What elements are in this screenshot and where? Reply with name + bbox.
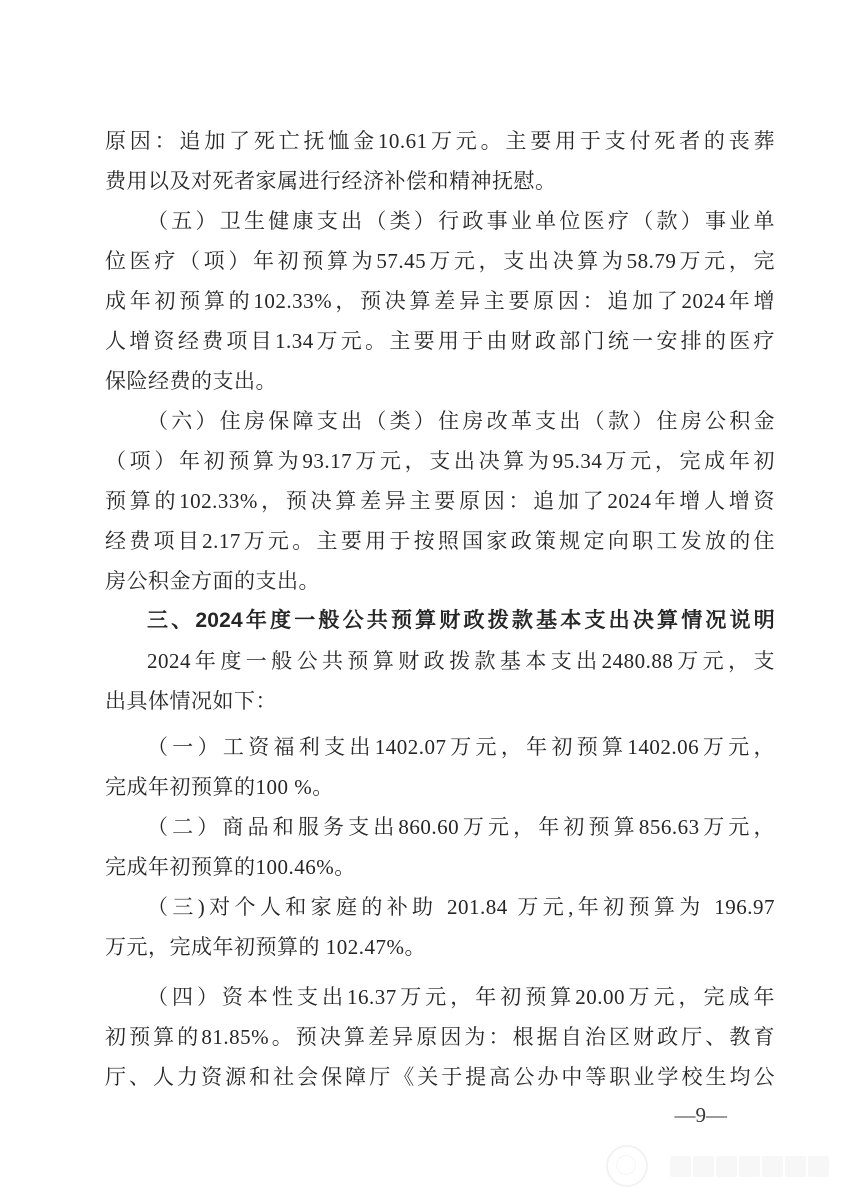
document-page: 原因：追加了死亡抚恤金10.61万元。主要用于支付死者的丧葬费用以及对死者家属进… — [0, 0, 850, 1202]
watermark-glyph-mark — [762, 1156, 783, 1177]
text-line: 人增资经费项目1.34万元。主要用于由财政部门统一安排的医疗 — [105, 321, 775, 361]
watermark-glyph-mark — [716, 1156, 737, 1177]
document-body: 原因：追加了死亡抚恤金10.61万元。主要用于支付死者的丧葬费用以及对死者家属进… — [105, 121, 775, 1097]
text-line: （五）卫生健康支出（类）行政事业单位医疗（款）事业单 — [105, 201, 775, 241]
watermark-seal-icon — [606, 1145, 648, 1187]
text-line: （三)对个人和家庭的补助 201.84 万元,年初预算为 196.97 — [105, 887, 775, 927]
text-line: （二）商品和服务支出860.60万元，年初预算856.63万元， — [105, 807, 775, 847]
text-line: 成年初预算的102.33%，预决算差异主要原因：追加了2024年增 — [105, 281, 775, 321]
text-line: 经费项目2.17万元。主要用于按照国家政策规定向职工发放的住 — [105, 521, 775, 561]
text-line: 厅、人力资源和社会保障厅《关于提高公办中等职业学校生均公 — [105, 1057, 775, 1097]
text-line: 保险经费的支出。 — [105, 361, 775, 401]
text-line: 完成年初预算的100.46%。 — [105, 847, 775, 887]
text-line: 原因：追加了死亡抚恤金10.61万元。主要用于支付死者的丧葬 — [105, 121, 775, 161]
text-line: （项）年初预算为93.17万元，支出决算为95.34万元，完成年初 — [105, 441, 775, 481]
section-heading-line: 三、2024年度一般公共预算财政拨款基本支出决算情况说明 — [105, 601, 775, 641]
text-line: 初预算的81.85%。预决算差异原因为：根据自治区财政厅、教育 — [105, 1017, 775, 1057]
watermark-glyph-mark — [785, 1156, 806, 1177]
text-line: （四）资本性支出16.37万元，年初预算20.00万元，完成年 — [105, 977, 775, 1017]
watermark — [606, 1140, 846, 1192]
text-line: 费用以及对死者家属进行经济补偿和精神抚慰。 — [105, 161, 775, 201]
text-line: （一）工资福利支出1402.07万元，年初预算1402.06万元， — [105, 727, 775, 767]
text-line: 2024年度一般公共预算财政拨款基本支出2480.88万元，支 — [105, 641, 775, 681]
watermark-text-marks — [670, 1156, 829, 1177]
text-line: 预算的102.33%，预决算差异主要原因：追加了2024年增人增资 — [105, 481, 775, 521]
watermark-glyph-mark — [739, 1156, 760, 1177]
page-number: —9— — [675, 1100, 728, 1130]
text-line: （六）住房保障支出（类）住房改革支出（款）住房公积金 — [105, 401, 775, 441]
text-line: 房公积金方面的支出。 — [105, 561, 775, 601]
watermark-glyph-mark — [808, 1156, 829, 1177]
text-line: 位医疗（项）年初预算为57.45万元，支出决算为58.79万元，完 — [105, 241, 775, 281]
watermark-glyph-mark — [670, 1156, 691, 1177]
text-line: 出具体情况如下： — [105, 681, 775, 721]
text-line: 万元，完成年初预算的 102.47%。 — [105, 927, 775, 967]
watermark-glyph-mark — [693, 1156, 714, 1177]
text-line: 完成年初预算的100 %。 — [105, 767, 775, 807]
